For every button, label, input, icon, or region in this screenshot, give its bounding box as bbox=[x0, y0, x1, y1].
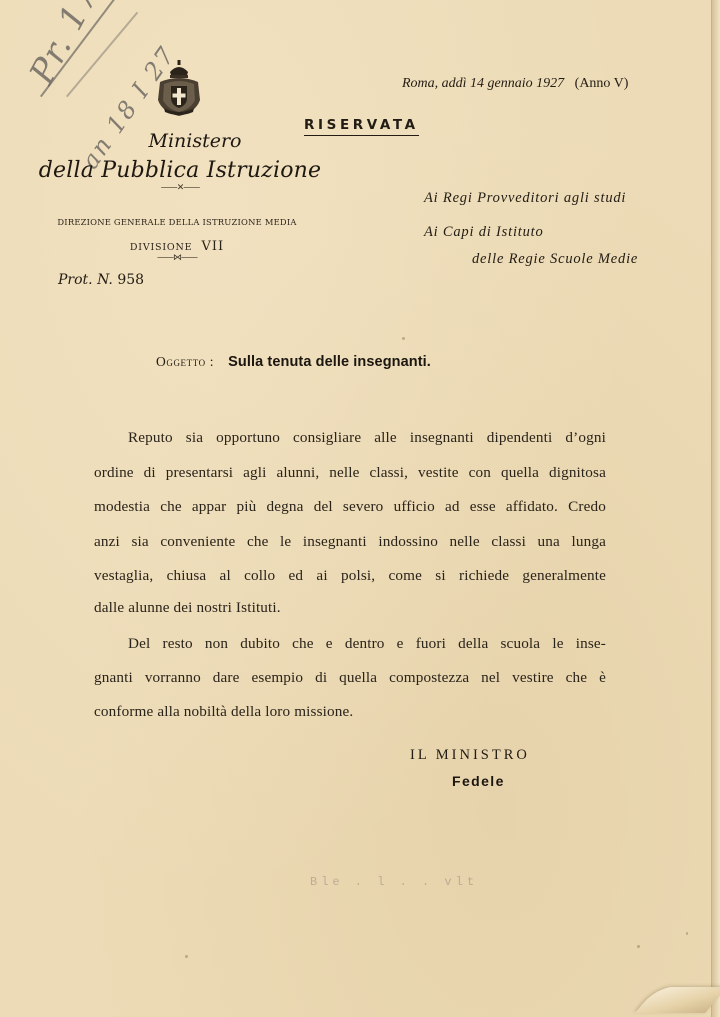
division-label: DIVISIONE VII bbox=[48, 235, 306, 254]
recipient-line: Ai Capi di Istituto bbox=[424, 224, 544, 241]
body-line: vestaglia, chiusa al collo ed ai polsi, … bbox=[94, 567, 606, 585]
subject-label: Oggetto : bbox=[156, 354, 214, 369]
subject-line: Oggetto : Sulla tenuta delle insegnanti. bbox=[156, 353, 431, 371]
document-page: Pr. 17 an 18 I 27 Ministero della Pubbli… bbox=[0, 0, 712, 1017]
directorate-label: DIREZIONE GENERALE DELLA ISTRUZIONE MEDI… bbox=[48, 217, 306, 227]
body-line: anzi sia conveniente che le insegnanti i… bbox=[94, 533, 606, 551]
subject-text: Sulla tenuta delle insegnanti. bbox=[228, 354, 431, 370]
ministry-subtitle: della Pubblica Istruzione bbox=[30, 158, 330, 183]
dateline-place-date: Roma, addì 14 gennaio 1927 bbox=[402, 76, 564, 91]
body-line: conforme alla nobiltà della loro mission… bbox=[94, 703, 606, 721]
body-line: modestia che appar più degna del severo … bbox=[94, 498, 606, 516]
paper-speck bbox=[686, 932, 688, 935]
protocol-value: 958 bbox=[117, 272, 144, 288]
ministry-title: Ministero bbox=[60, 130, 330, 152]
paper-speck bbox=[402, 337, 405, 340]
recipient-line: Ai Regi Provveditori agli studi bbox=[424, 190, 626, 207]
body-line: gnanti vorranno dare esempio di quella c… bbox=[94, 669, 606, 687]
letterhead-ornament: ——✕—— bbox=[30, 183, 330, 193]
protocol-label: Prot. N. bbox=[58, 272, 113, 288]
ministry-letterhead: Ministero della Pubblica Istruzione ——✕—… bbox=[30, 130, 330, 193]
dateline: Roma, addì 14 gennaio 1927 (Anno V) bbox=[402, 76, 628, 92]
handwritten-note-protocol: Pr. 17 bbox=[22, 0, 107, 91]
division-text: DIVISIONE bbox=[130, 242, 192, 253]
division-ornament: ——⋈—— bbox=[48, 253, 306, 263]
protocol-number: Prot. N. 958 bbox=[58, 272, 144, 288]
signature-title: IL MINISTRO bbox=[410, 747, 530, 764]
savoy-coat-of-arms-icon bbox=[156, 60, 202, 118]
classification-stamp: RISERVATA bbox=[304, 117, 419, 136]
paper-speck bbox=[637, 945, 640, 948]
dateline-fascist-year: (Anno V) bbox=[575, 76, 629, 91]
recipient-line: delle Regie Scuole Medie bbox=[472, 251, 638, 268]
body-line: dalle alunne dei nostri Istituti. bbox=[94, 599, 606, 617]
faint-stamp: Ble . l . . vlt bbox=[310, 875, 478, 889]
paper-edge bbox=[711, 0, 720, 1017]
body-line: Del resto non dubito che e dentro e fuor… bbox=[128, 635, 606, 653]
paper-speck bbox=[185, 955, 188, 958]
body-line: ordine di presentarsi agli alunni, nelle… bbox=[94, 464, 606, 482]
division-number: VII bbox=[201, 239, 224, 254]
body-line: Reputo sia opportuno consigliare alle in… bbox=[128, 429, 606, 447]
signature-name: Fedele bbox=[452, 773, 505, 789]
